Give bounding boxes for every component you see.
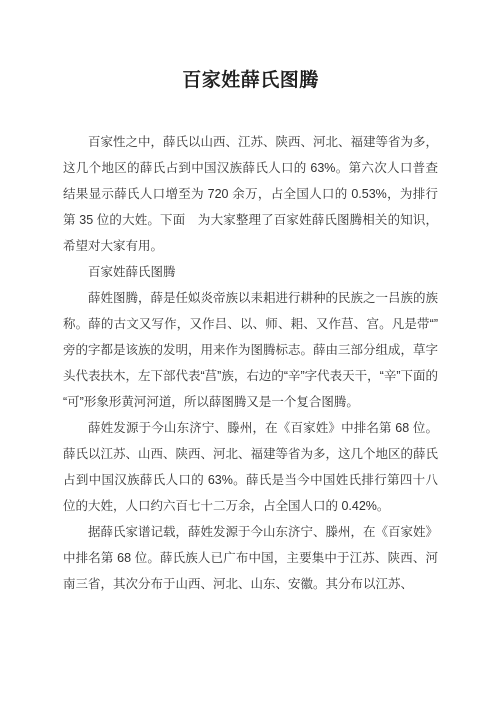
document-page: 百家姓薛氏图腾 百家性之中，薛氏以山西、江苏、陕西、河北、福建等省为多，这几个地…	[0, 0, 500, 708]
paragraph-genealogy: 据薛氏家谱记载，薛姓发源于今山东济宁、滕州，在《百家姓》中排名第 68 位。薛氏…	[63, 519, 438, 597]
document-title: 百家姓薛氏图腾	[63, 67, 438, 95]
document-body: 百家性之中，薛氏以山西、江苏、陕西、河北、福建等省为多，这几个地区的薛氏占到中国…	[63, 129, 438, 597]
paragraph-totem-description: 薛姓图腾，薛是任姒炎帝族以耒耜进行耕种的民族之一吕族的族称。薛的古文又写作，又作…	[63, 285, 438, 415]
section-heading: 百家姓薛氏图腾	[63, 259, 438, 285]
paragraph-intro: 百家性之中，薛氏以山西、江苏、陕西、河北、福建等省为多，这几个地区的薛氏占到中国…	[63, 129, 438, 259]
paragraph-origin: 薛姓发源于今山东济宁、滕州，在《百家姓》中排名第 68 位。薛氏以江苏、山西、陕…	[63, 415, 438, 519]
